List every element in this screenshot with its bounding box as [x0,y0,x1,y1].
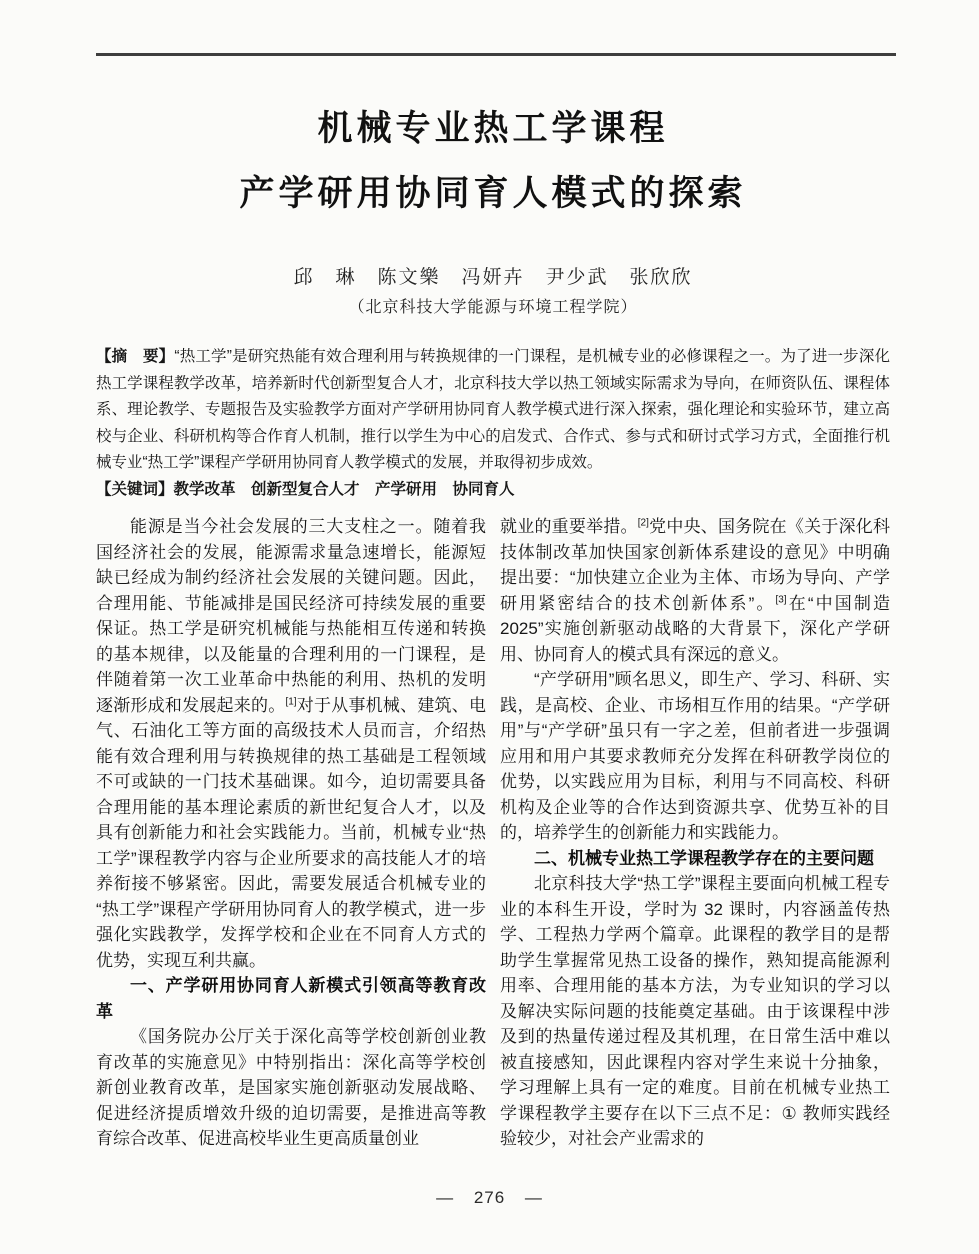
paragraph: 就业的重要举措。[2]党中央、国务院在《关于深化科技体制改革加快国家创新体系建设… [500,514,890,667]
paragraph: 《国务院办公厅关于深化高等学校创新创业教育改革的实施意见》中特别指出：深化高等学… [96,1024,486,1152]
paragraph: “产学研用”顾名思义，即生产、学习、科研、实践，是高校、企业、市场相互作用的结果… [500,667,890,846]
column-left: 能源是当今社会发展的三大支柱之一。随着我国经济社会的发展，能源需求量急速增长，能… [96,514,486,1152]
affiliation: （北京科技大学能源与环境工程学院） [96,294,890,317]
reference-marker: [3] [775,594,786,605]
page-number: — 276 — [0,1188,979,1208]
column-right: 就业的重要举措。[2]党中央、国务院在《关于深化科技体制改革加快国家创新体系建设… [500,514,890,1152]
paragraph: 能源是当今社会发展的三大支柱之一。随着我国经济社会的发展，能源需求量急速增长，能… [96,514,486,973]
header-rule [96,53,896,56]
paper-page: 机械专业热工学课程 产学研用协同育人模式的探索 邱 琳 陈文樂 冯妍卉 尹少武 … [0,0,979,1254]
paragraph: 【关键词】教学改革 创新型复合人才 产学研用 协同育人 [96,477,890,504]
section-heading: 一、产学研用协同育人新模式引领高等教育改革 [96,973,486,1024]
authors: 邱 琳 陈文樂 冯妍卉 尹少武 张欣欣 [96,262,890,289]
reference-marker: [1] [285,696,296,707]
reference-marker: [2] [638,517,649,528]
section-heading: 二、机械专业热工学课程教学存在的主要问题 [500,846,890,872]
paper-title-line1: 机械专业热工学课程 [96,101,890,151]
paper-title-line2: 产学研用协同育人模式的探索 [96,166,890,216]
paragraph: 北京科技大学“热工学”课程主要面向机械工程专业的本科生开设，学时为 32 课时，… [500,871,890,1152]
paragraph: 【摘 要】“热工学”是研究热能有效合理利用与转换规律的一门课程，是机械专业的必修… [96,344,890,477]
abstract-block: 【摘 要】“热工学”是研究热能有效合理利用与转换规律的一门课程，是机械专业的必修… [96,344,890,503]
